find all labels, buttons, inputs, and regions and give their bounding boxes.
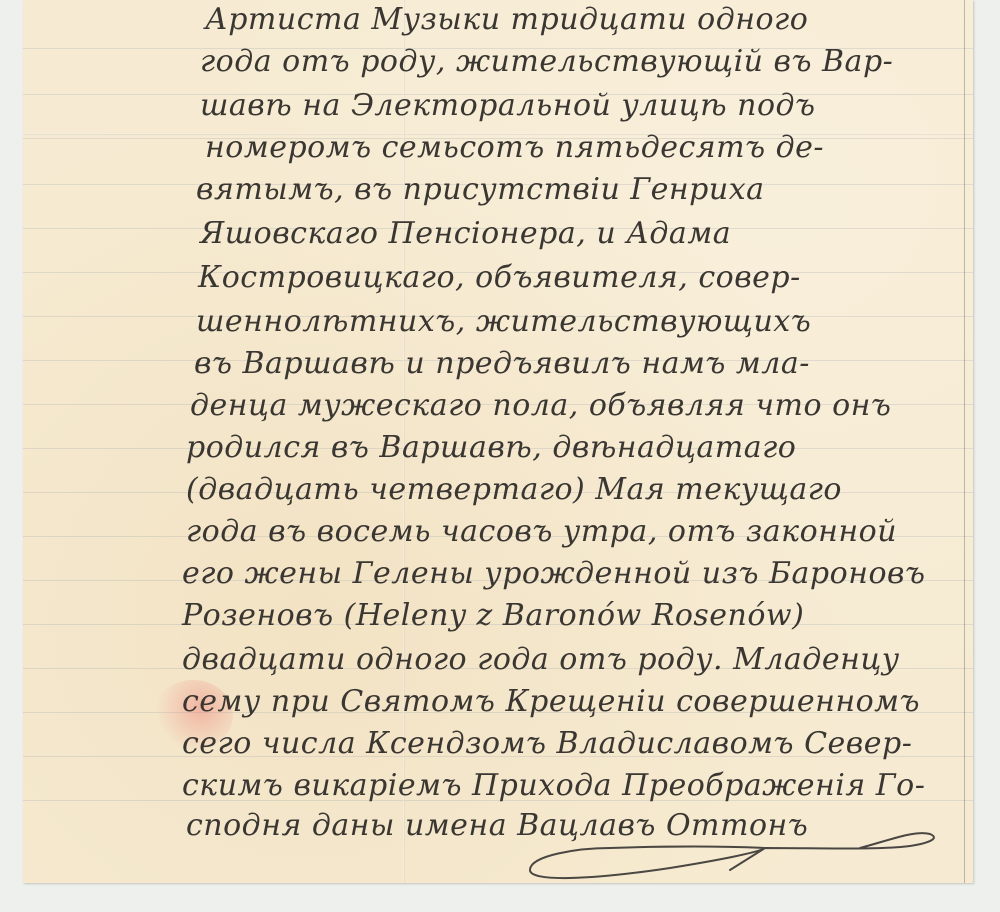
handwritten-line: шеннолѣтнихъ, жительствующихъ <box>196 302 811 342</box>
handwritten-line: родился въ Варшавѣ, двѣнадцатаго <box>186 428 796 468</box>
signature-flourish <box>520 810 960 890</box>
handwritten-line: Розеновъ (Heleny z Baronów Rosenów) <box>182 596 804 636</box>
handwritten-line: Артиста Музыки тридцати одного <box>205 0 808 40</box>
handwritten-line: года въ восемь часовъ утра, отъ законной <box>186 512 897 552</box>
handwritten-line: его жены Гелены урожденной изъ Бароновъ <box>182 554 925 594</box>
handwritten-line: года отъ роду, жительствующій въ Вар- <box>200 42 893 82</box>
handwritten-line: Костровицкаго, объявителя, совер- <box>198 258 801 298</box>
handwritten-line: номеромъ семьсотъ пятьдесятъ де- <box>205 128 824 168</box>
handwritten-line: денца мужескаго пола, объявляя что онъ <box>190 386 891 426</box>
paper-edge <box>964 0 965 883</box>
handwritten-line: шавѣ на Электоральной улицѣ подъ <box>200 86 816 126</box>
handwritten-line: скимъ викаріемъ Прихода Преображенія Го- <box>182 766 925 806</box>
handwritten-line: Яшовскаго Пенсіонера, и Адама <box>200 214 731 254</box>
handwritten-line: въ Варшавѣ и предъявилъ намъ мла- <box>194 344 810 384</box>
handwritten-line: вятымъ, въ присутствіи Генриха <box>196 170 765 210</box>
handwritten-line: двадцати одного года отъ роду. Младенцу <box>182 640 900 680</box>
handwritten-line: сему при Святомъ Крещеніи совершенномъ <box>182 682 920 722</box>
handwritten-line: сего числа Ксендзомъ Владиславомъ Север- <box>182 724 912 764</box>
handwritten-line: (двадцать четвертаго) Мая текущаго <box>186 470 842 510</box>
